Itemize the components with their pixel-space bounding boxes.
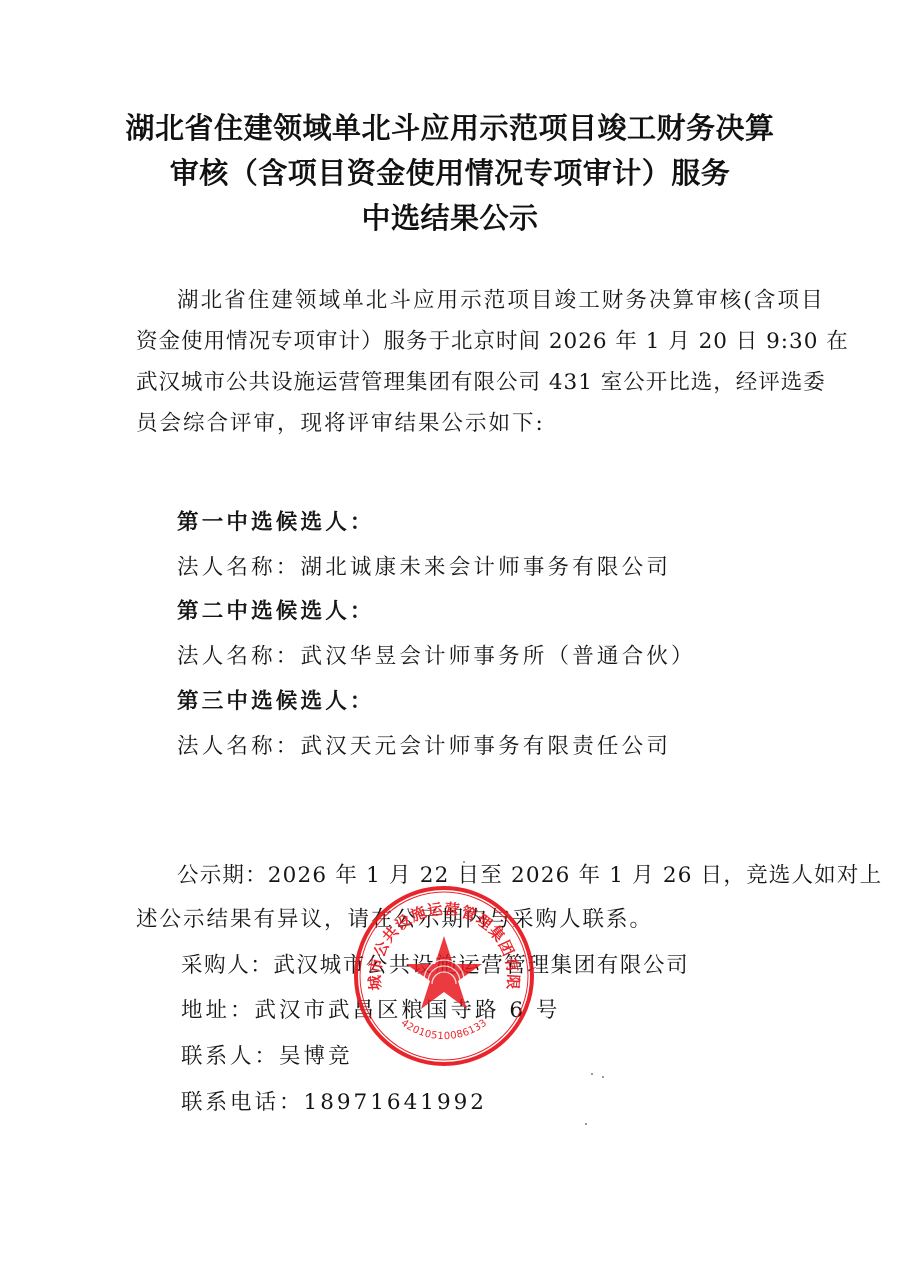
candidate-3-rank: 第三中选候选人： xyxy=(177,684,375,715)
phone-row: 联系电话：18971641992 xyxy=(181,1085,487,1116)
document-title-line-1: 湖北省住建领域单北斗应用示范项目竣工财务决算 xyxy=(0,106,900,147)
address-row: 地址：武汉市武昌区粮国寺路 6 号 xyxy=(181,993,560,1024)
intro-line-4: 员会综合评审，现将评审结果公示如下: xyxy=(136,406,545,437)
candidate-3-name: 武汉天元会计师事务有限责任公司 xyxy=(301,734,672,759)
purchaser-row: 采购人：武汉城市公共设施运营管理集团有限公司 xyxy=(181,948,689,979)
candidate-1-name-row: 法人名称：湖北诚康未来会计师事务有限公司 xyxy=(177,550,671,581)
document-page: 湖北省住建领域单北斗应用示范项目竣工财务决算 审核（含项目资金使用情况专项审计）… xyxy=(0,0,900,1273)
contact-person-value: 吴博竞 xyxy=(279,1044,353,1069)
address-value: 武汉市武昌区粮国寺路 6 号 xyxy=(255,998,561,1023)
document-title-line-2: 审核（含项目资金使用情况专项审计）服务 xyxy=(0,151,900,192)
scan-speck xyxy=(591,1073,593,1075)
purchaser-name: 武汉城市公共设施运营管理集团有限公司 xyxy=(273,953,689,978)
candidate-2-name: 武汉华昱会计师事务所（普通合伙） xyxy=(301,644,696,669)
contact-person-row: 联系人：吴博竞 xyxy=(181,1039,353,1070)
candidate-1-name-label: 法人名称： xyxy=(177,555,301,580)
notice-line-2: 述公示结果有异议，请在公示期内与采购人联系。 xyxy=(136,902,653,933)
intro-line-1: 湖北省住建领域单北斗应用示范项目竣工财务决算审核(含项目 xyxy=(177,283,825,314)
scan-speck xyxy=(585,1123,587,1125)
phone-label: 联系电话： xyxy=(181,1090,304,1115)
candidate-2-rank: 第二中选候选人： xyxy=(177,594,375,625)
candidate-1-name: 湖北诚康未来会计师事务有限公司 xyxy=(301,555,672,580)
intro-line-2: 资金使用情况专项审计）服务于北京时间 2026 年 1 月 20 日 9:30 … xyxy=(136,324,849,355)
phone-value: 18971641992 xyxy=(304,1090,487,1115)
document-title-line-3: 中选结果公示 xyxy=(0,196,900,237)
notice-line-1: 公示期：2026 年 1 月 22 日至 2026 年 1 月 26 日，竞选人… xyxy=(177,858,882,889)
scan-speck xyxy=(463,861,465,863)
address-label: 地址： xyxy=(181,998,255,1023)
candidate-2-name-row: 法人名称：武汉华昱会计师事务所（普通合伙） xyxy=(177,639,696,670)
candidate-3-name-row: 法人名称：武汉天元会计师事务有限责任公司 xyxy=(177,729,671,760)
candidate-3-name-label: 法人名称： xyxy=(177,734,301,759)
candidate-2-name-label: 法人名称： xyxy=(177,644,301,669)
contact-person-label: 联系人： xyxy=(181,1044,279,1069)
purchaser-label: 采购人： xyxy=(181,953,273,978)
scan-speck xyxy=(602,1076,604,1078)
candidate-1-rank: 第一中选候选人： xyxy=(177,505,375,536)
intro-line-3: 武汉城市公共设施运营管理集团有限公司 431 室公开比选，经评选委 xyxy=(136,365,826,396)
